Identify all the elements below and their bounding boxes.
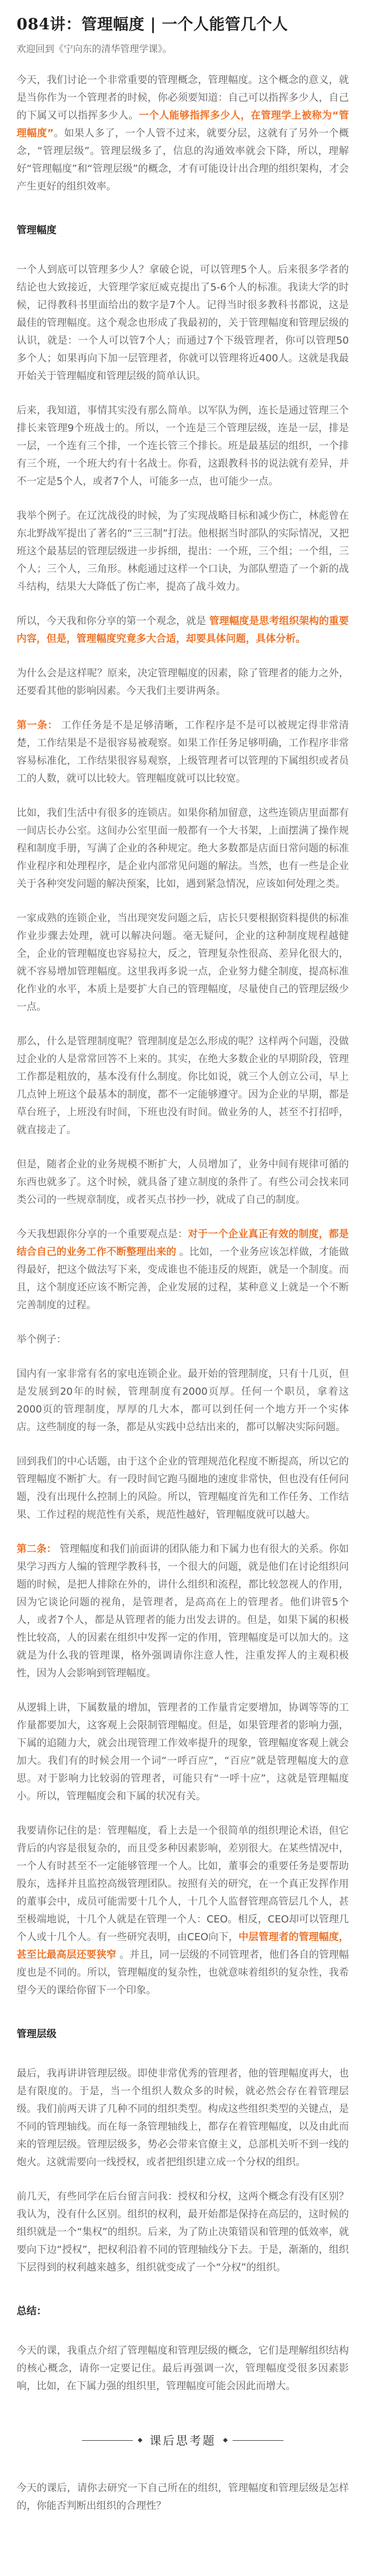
text-run: 。如果人多了，一个人管不过来，就要分层，这就有了另外一个概念，“管理层级”。管理…	[17, 127, 349, 192]
section-divider: 课后思考题	[17, 2432, 349, 2449]
paragraph: 我举个例子。在辽沈战役的时候，为了实现战略目标和减少伤亡，林彪曾在东北野战军提出…	[17, 507, 349, 596]
paragraph: 从逻辑上讲，下属数量的增加，管理者的工作量肯定要增加，协调等等的工作量都要加大，…	[17, 1699, 349, 1805]
paragraph: 第一条： 工作任务是不是足够清晰，工作程序是不是可以被规定得非常清楚，工作结果是…	[17, 717, 349, 788]
paragraph: 为什么会是这样呢？原来，决定管理幅度的因素，除了管理者的能力之外，还要看其他的影…	[17, 665, 349, 700]
paragraph: 我要请你记住的是：管理幅度，看上去是一个很简单的组织理论术语，但它背后的内容是很…	[17, 1822, 349, 1999]
text-run: 比如，我们生活中有很多的连锁店。如果你稍加留意，这些连锁店里面都有一间店长办公室…	[17, 807, 349, 890]
text-run: 管理幅度和我们前面讲的团队能力和下属力也有很大的关系。你如果学习西方人编的管理学…	[17, 1543, 349, 1679]
text-run: 前几天，有些同学在后台留言问我：授权和分权，这两个概念有没有区别？我认为，没有什…	[17, 2191, 349, 2273]
emphasis-text: 第二条：	[17, 1543, 56, 1555]
section-heading: 管理幅度	[17, 222, 349, 237]
paragraph: 回到我们的中心话题，由于这个企业的管理规范化程度不断提高，所以它的管理幅度不断扩…	[17, 1453, 349, 1524]
text-run: 所以，今天我和你分享的第一个观念，就是	[17, 615, 209, 627]
paragraph: 后来，我知道，事情其实没有那么简单。以军队为例，连长是通过管理三个排长来管理9个…	[17, 402, 349, 491]
article-body: 今天，我们讨论一个非常重要的管理概念，管理幅度。这个概念的意义，就是当你作为一个…	[17, 72, 349, 2515]
text-run: 我要请你记住的是：管理幅度，看上去是一个很简单的组织理论术语，但它背后的内容是很…	[17, 1825, 349, 1943]
paragraph: 今天我想跟你分享的一个重要观点是：对于一个企业真正有效的制度，都是结合自己的业务…	[17, 1226, 349, 1314]
divider-diamond-right	[223, 2438, 228, 2442]
welcome-line: 欢迎回到《宁向东的清华管理学课》。	[17, 41, 349, 55]
text-run: 回到我们的中心话题，由于这个企业的管理规范化程度不断提高，所以它的管理幅度不断扩…	[17, 1456, 349, 1521]
divider-line-right	[233, 2440, 283, 2441]
paragraph: 比如，我们生活中有很多的连锁店。如果你稍加留意，这些连锁店里面都有一间店长办公室…	[17, 804, 349, 893]
paragraph: 前几天，有些同学在后台留言问我：授权和分权，这两个概念有没有区别？我认为，没有什…	[17, 2188, 349, 2277]
divider-diamond-left	[138, 2438, 142, 2442]
paragraph: 今天的课，我重点介绍了管理幅度和管理层级的概念，它们是理解组织结构的核心概念，请…	[17, 2342, 349, 2395]
text-run: 一家成熟的连锁企业，当出现突发问题之后，店长只要根据资料提供的标准作业步骤去处理…	[17, 912, 349, 1013]
text-run: 那么，什么是管理制度呢？管理制度是怎么形成的呢？这样两个问题，没做过企业的人是常…	[17, 1035, 349, 1136]
text-run: 最后，我再讲讲管理层级。即使非常优秀的管理者，他的管理幅度再大，也是有限度的。于…	[17, 2068, 349, 2168]
paragraph: 那么，什么是管理制度呢？管理制度是怎么形成的呢？这样两个问题，没做过企业的人是常…	[17, 1033, 349, 1139]
text-run: 我举个例子。在辽沈战役的时候，为了实现战略目标和减少伤亡，林彪曾在东北野战军提出…	[17, 510, 349, 593]
paragraph: 今天的课后，请你去研究一下自己所在的组织，管理幅度和管理层级是怎样的，你能否判断…	[17, 2480, 349, 2515]
section-heading: 管理层级	[17, 2026, 349, 2041]
text-run: 今天的课后，请你去研究一下自己所在的组织，管理幅度和管理层级是怎样的，你能否判断…	[17, 2482, 349, 2512]
section-heading: 总结：	[17, 2303, 349, 2318]
text-run: 但是，随者企业的业务规模不断扩大，人员增加了，业务中间有规律可循的东西也就多了。…	[17, 1159, 349, 1206]
page-title: 084讲：管理幅度 | 一个人能管几个人	[17, 12, 349, 34]
text-run: 举个例子：	[17, 1334, 66, 1345]
paragraph: 一家成熟的连锁企业，当出现突发问题之后，店长只要根据资料提供的标准作业步骤去处理…	[17, 910, 349, 1016]
text-run: 后来，我知道，事情其实没有那么简单。以军队为例，连长是通过管理三个排长来管理9个…	[17, 405, 349, 487]
text-run: 今天的课，我重点介绍了管理幅度和管理层级的概念，它们是理解组织结构的核心概念，请…	[17, 2345, 349, 2392]
paragraph: 一个人到底可以管理多少人？拿破仑说，可以管理5个人。后来很多学者的结论也大致接近…	[17, 261, 349, 385]
paragraph: 第二条： 管理幅度和我们前面讲的团队能力和下属力也有很大的关系。你如果学习西方人…	[17, 1541, 349, 1682]
text-run: 从逻辑上讲，下属数量的增加，管理者的工作量肯定要增加，协调等等的工作量都要加大，…	[17, 1702, 349, 1802]
divider-line-left	[82, 2440, 133, 2441]
text-run: 国内有一家非常有名的家电连锁企业。最开始的管理制度，只有十几页，但是发展到20年…	[17, 1368, 349, 1433]
paragraph: 举个例子：	[17, 1331, 349, 1349]
emphasis-text: 第一条：	[17, 720, 58, 731]
text-run: 工作任务是不是足够清晰，工作程序是不是可以被规定得非常清楚，工作结果是不是很容易…	[17, 720, 349, 784]
text-run: 今天我想跟你分享的一个重要观点是：	[17, 1228, 188, 1240]
paragraph: 但是，随者企业的业务规模不断扩大，人员增加了，业务中间有规律可循的东西也就多了。…	[17, 1156, 349, 1209]
paragraph: 国内有一家非常有名的家电连锁企业。最开始的管理制度，只有十几页，但是发展到20年…	[17, 1365, 349, 1436]
paragraph: 今天，我们讨论一个非常重要的管理概念，管理幅度。这个概念的意义，就是当你作为一个…	[17, 72, 349, 196]
text-run: 一个人到底可以管理多少人？拿破仑说，可以管理5个人。后来很多学者的结论也大致接近…	[17, 264, 349, 382]
divider-label: 课后思考题	[150, 2432, 216, 2449]
article-page: 084讲：管理幅度 | 一个人能管几个人 欢迎回到《宁向东的清华管理学课》。 今…	[0, 0, 366, 2576]
paragraph: 所以，今天我和你分享的第一个观念，就是 管理幅度是思考组织架构的重要内容，但是，…	[17, 613, 349, 648]
paragraph: 最后，我再讲讲管理层级。即使非常优秀的管理者，他的管理幅度再大，也是有限度的。于…	[17, 2065, 349, 2171]
text-run: 为什么会是这样呢？原来，决定管理幅度的因素，除了管理者的能力之外，还要看其他的影…	[17, 667, 349, 697]
